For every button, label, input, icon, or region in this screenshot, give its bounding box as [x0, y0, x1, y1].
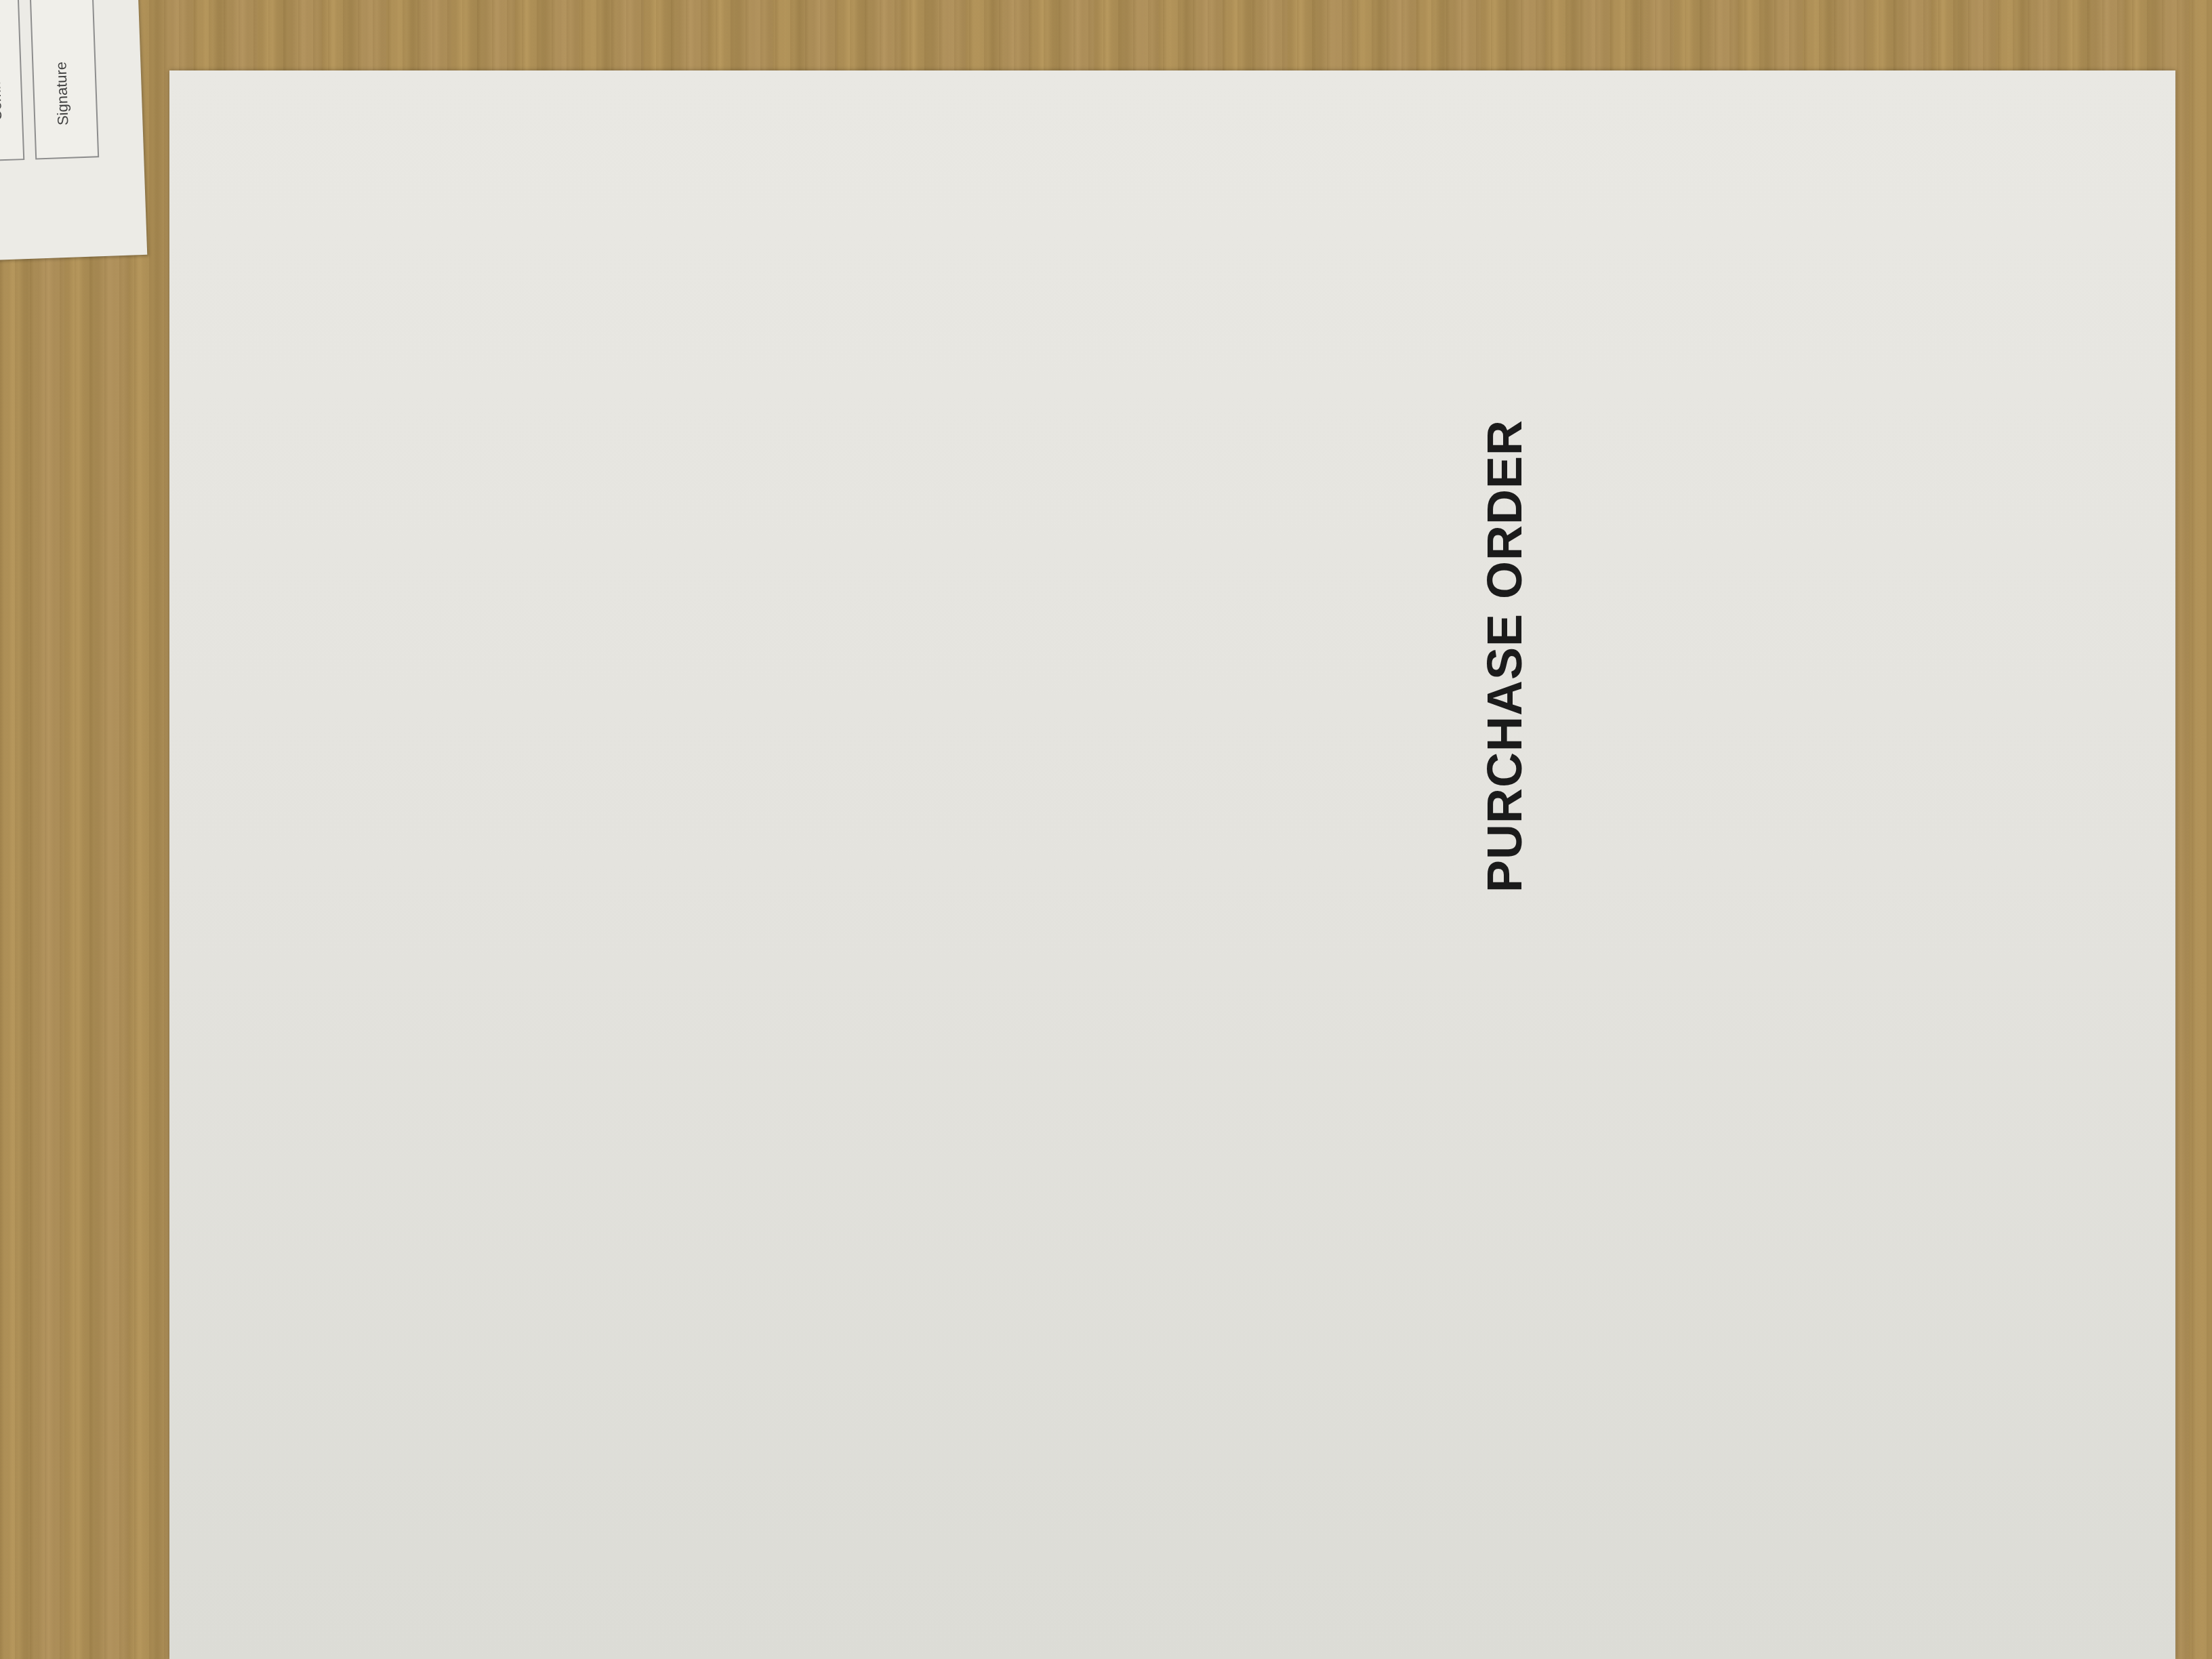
purchase-order-sheet: PURCHASE ORDER	[169, 70, 2175, 1659]
corner-paper-slip: Signature Comme	[0, 0, 147, 260]
signature-label: Signature	[52, 61, 72, 125]
document-title: PURCHASE ORDER	[1477, 419, 1533, 893]
document-page: PURCHASE ORDER	[169, 70, 2175, 1659]
